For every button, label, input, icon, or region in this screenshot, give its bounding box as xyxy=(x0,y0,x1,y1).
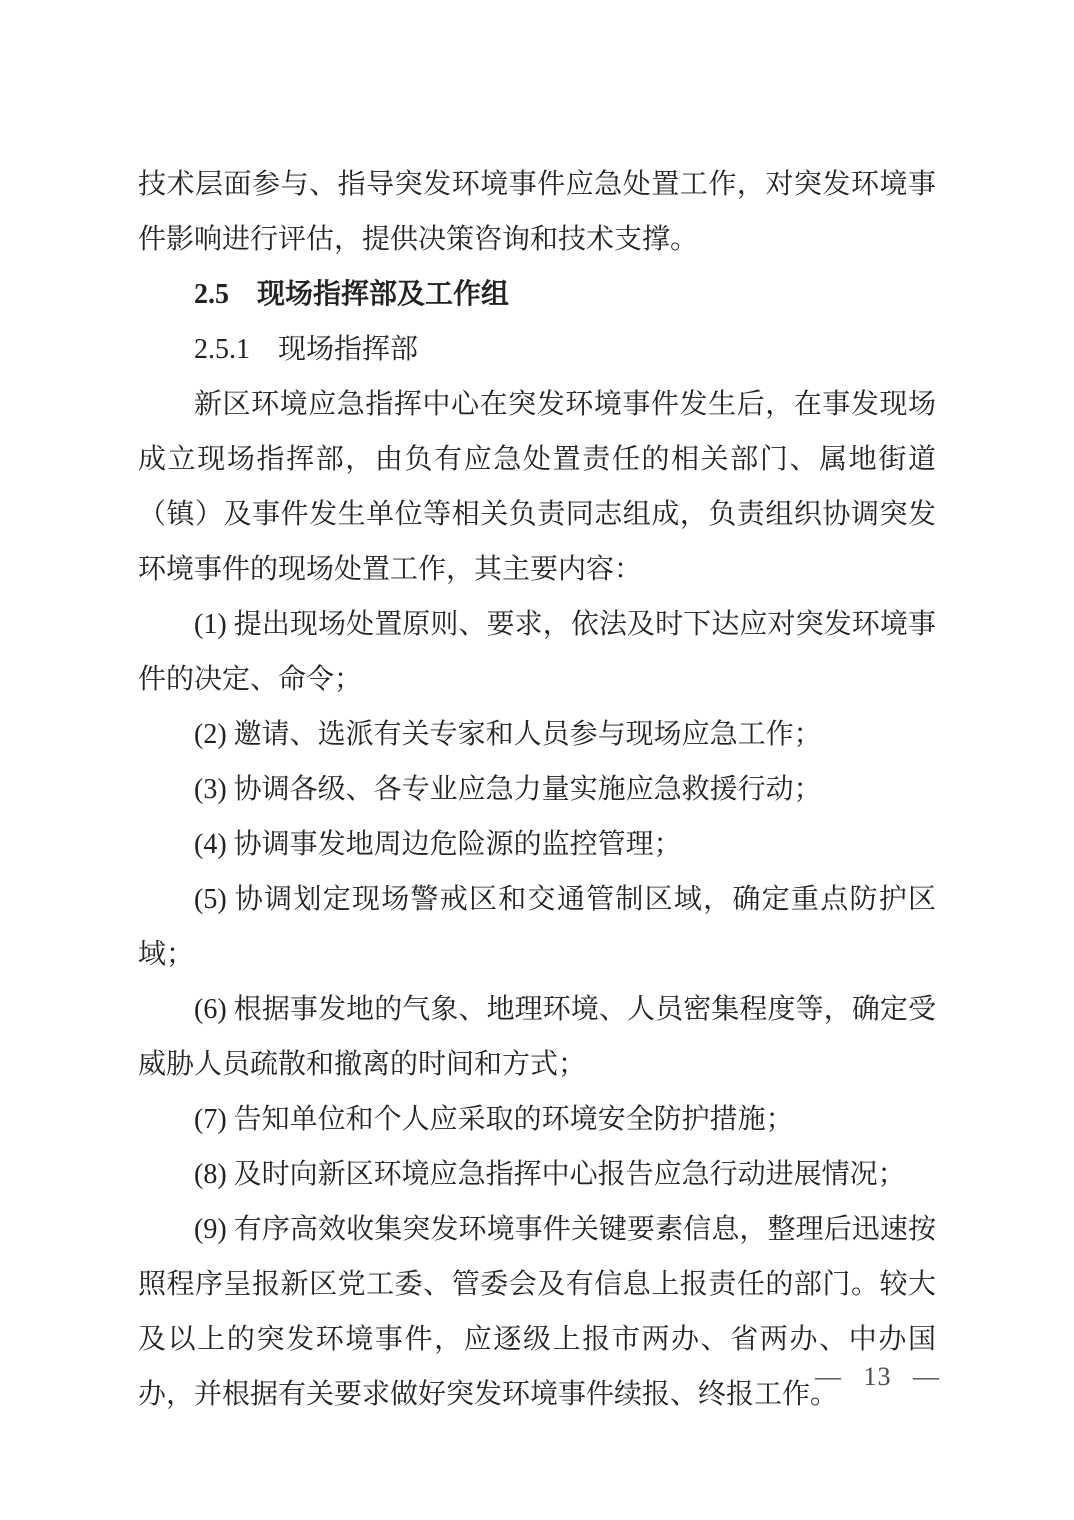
list-item-1: (1) 提出现场处置原则、要求，依法及时下达应对突发环境事件的决定、命令； xyxy=(138,597,936,707)
document-page: 技术层面参与、指导突发环境事件应急处置工作，对突发环境事件影响进行评估，提供决策… xyxy=(0,0,1074,1520)
list-item-7: (7) 告知单位和个人应采取的环境安全防护措施； xyxy=(138,1092,936,1147)
section-heading-2-5: 2.5 现场指挥部及工作组 xyxy=(138,267,936,322)
list-item-4: (4) 协调事发地周边危险源的监控管理； xyxy=(138,817,936,872)
list-item-2: (2) 邀请、选派有关专家和人员参与现场应急工作； xyxy=(138,707,936,762)
list-item-3: (3) 协调各级、各专业应急力量实施应急救援行动； xyxy=(138,762,936,817)
document-content: 技术层面参与、指导突发环境事件应急处置工作，对突发环境事件影响进行评估，提供决策… xyxy=(138,157,936,1422)
list-item-6: (6) 根据事发地的气象、地理环境、人员密集程度等，确定受威胁人员疏散和撤离的时… xyxy=(138,982,936,1092)
list-item-5: (5) 协调划定现场警戒区和交通管制区域，确定重点防护区域； xyxy=(138,872,936,982)
subsection-heading-2-5-1: 2.5.1 现场指挥部 xyxy=(138,322,936,377)
page-number: — 13 — xyxy=(815,1360,940,1394)
paragraph-intro: 新区环境应急指挥中心在突发环境事件发生后，在事发现场成立现场指挥部，由负有应急处… xyxy=(138,377,936,597)
list-item-8: (8) 及时向新区环境应急指挥中心报告应急行动进展情况； xyxy=(138,1147,936,1202)
paragraph-continued: 技术层面参与、指导突发环境事件应急处置工作，对突发环境事件影响进行评估，提供决策… xyxy=(138,157,936,267)
